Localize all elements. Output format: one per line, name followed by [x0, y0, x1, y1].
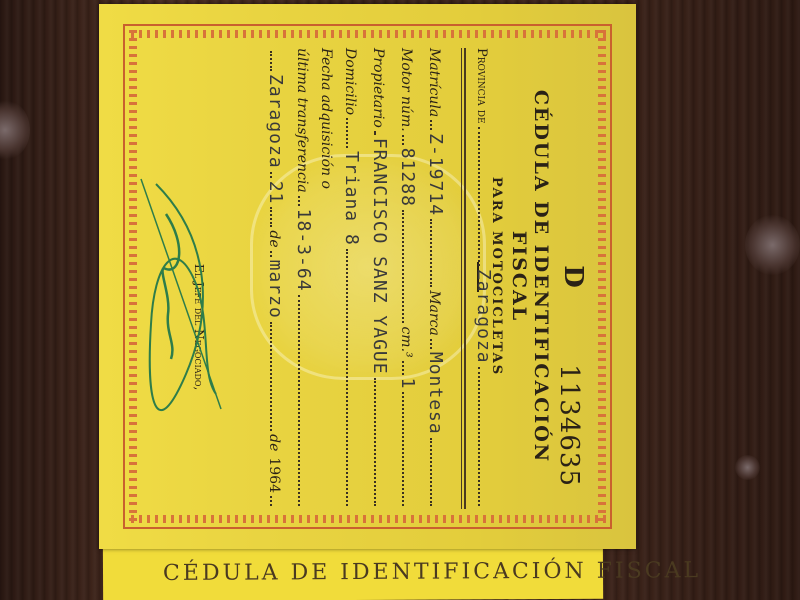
dot-leader [346, 249, 358, 506]
dot-leader [298, 295, 310, 506]
dot-leader [270, 496, 282, 506]
dot-leader [270, 207, 282, 227]
slip-text: CÉDULA DE IDENTIFICACIÓN FISCAL [163, 558, 701, 586]
matricula-label: Matrícula [426, 48, 442, 117]
dot-leader [430, 219, 442, 287]
domicilio-label: Domicilio [342, 48, 358, 115]
field-propietario: Propietario FRANCISCO SANZ YAGUE [369, 48, 390, 509]
de-label: de [266, 230, 282, 247]
wood-knot [745, 215, 800, 275]
provincia-value: Zaragoza [473, 269, 494, 364]
lugar-value: Zaragoza [265, 74, 286, 169]
document-wrapper: D 1134635 CÉDULA DE IDENTIFICACIÓN FISCA… [103, 0, 640, 545]
wood-knot [735, 455, 760, 480]
signature-icon [136, 174, 226, 414]
dot-leader [374, 131, 386, 135]
field-motor: Motor núm. 81288 cm.³ 1 [397, 48, 418, 509]
field-fecha-label: Fecha adquisición o [318, 48, 334, 509]
dot-leader [430, 339, 442, 349]
propietario-label: Propietario [370, 48, 386, 128]
dot-leader [478, 127, 490, 266]
matricula-value: Z-19714 [425, 133, 446, 216]
cilindrada-label: cm.³ [398, 326, 414, 357]
de-label-2: de [266, 434, 282, 451]
dot-leader [270, 251, 282, 257]
propietario-value: FRANCISCO SANZ YAGUE [369, 138, 390, 375]
year-value: 1964 [266, 457, 282, 493]
cilindrada-value: 1 [397, 378, 418, 390]
dot-leader [270, 51, 282, 71]
marca-label: Marca [426, 290, 442, 336]
field-domicilio: Domicilio Triana 8 [341, 48, 362, 509]
document-title: CÉDULA DE IDENTIFICACIÓN FISCAL [508, 44, 552, 509]
dot-leader [402, 361, 414, 375]
marca-value: Montesa [425, 352, 446, 435]
field-fecha: última transferencia 18-3-64 [293, 48, 314, 509]
motor-value: 81288 [397, 148, 418, 207]
dot-leader [402, 135, 414, 145]
field-lugar-fecha: Zaragoza 21 de marzo de 1964 [265, 48, 286, 509]
dot-leader [346, 118, 358, 148]
dot-leader [374, 378, 386, 506]
dot-leader [402, 210, 414, 324]
fecha-label-1: Fecha adquisición o [318, 48, 334, 189]
fiscal-id-card: D 1134635 CÉDULA DE IDENTIFICACIÓN FISCA… [99, 4, 636, 549]
divider [461, 48, 462, 509]
dot-leader [298, 196, 310, 206]
fecha-label-2: última transferencia [294, 48, 310, 193]
dot-leader [478, 367, 490, 506]
field-provincia: Provincia de Zaragoza [473, 48, 494, 509]
serial-number: 1134635 [554, 364, 584, 487]
domicilio-value: Triana 8 [341, 151, 362, 246]
dot-leader [270, 322, 282, 431]
dot-leader [430, 438, 442, 506]
day-value: 21 [265, 181, 286, 205]
divider [464, 48, 466, 509]
dot-leader [270, 172, 282, 178]
dot-leader [402, 392, 414, 506]
motor-label: Motor núm. [398, 48, 414, 132]
field-matricula: Matrícula Z-19714 Marca Montesa [425, 48, 446, 509]
provincia-label: Provincia de [474, 48, 489, 124]
fecha-value: 18-3-64 [293, 209, 314, 292]
month-value: marzo [265, 260, 286, 319]
dot-leader [430, 120, 442, 130]
